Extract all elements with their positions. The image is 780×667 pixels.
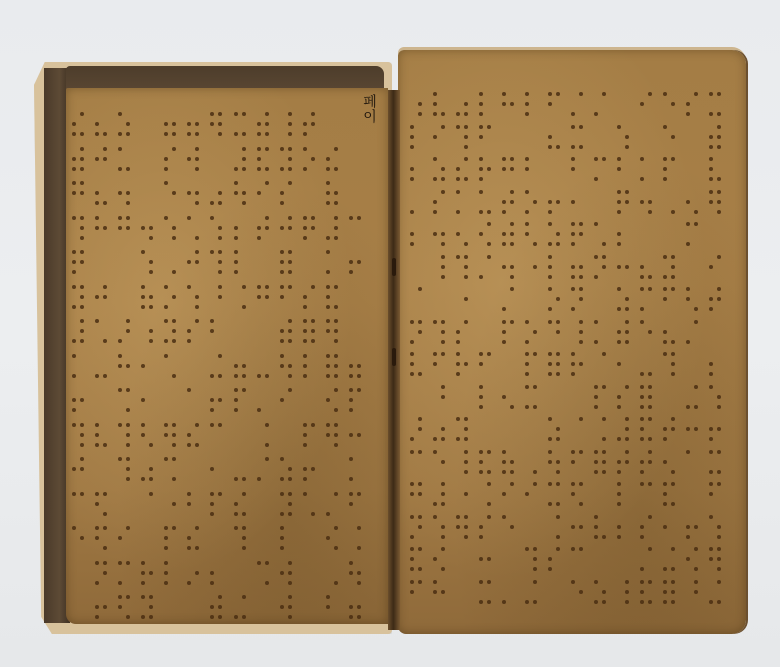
braille-dot — [141, 561, 145, 565]
braille-dot — [126, 433, 130, 437]
braille-dot — [487, 450, 491, 454]
braille-dot — [671, 275, 675, 279]
braille-dot — [80, 250, 84, 254]
braille-dot — [280, 250, 284, 254]
braille-dot — [349, 408, 353, 412]
braille-dot — [349, 364, 353, 368]
braille-dot — [717, 547, 721, 551]
braille-dot — [579, 265, 583, 269]
braille-dot — [280, 167, 284, 171]
braille-dot — [95, 561, 99, 565]
braille-dot — [72, 191, 76, 195]
braille-dot — [257, 374, 261, 378]
braille-dot — [717, 405, 721, 409]
braille-dot — [195, 423, 199, 427]
braille-dot — [533, 470, 537, 474]
braille-dot — [617, 307, 621, 311]
braille-dot — [579, 417, 583, 421]
braille-dot — [617, 125, 621, 129]
braille-dot — [640, 372, 644, 376]
braille-dot — [663, 502, 667, 506]
braille-dot — [95, 502, 99, 506]
braille-dot — [479, 580, 483, 584]
braille-dot — [487, 352, 491, 356]
braille-dot — [487, 255, 491, 259]
braille-dot — [648, 405, 652, 409]
braille-dot — [187, 157, 191, 161]
braille-dot — [418, 330, 422, 334]
braille-dot — [303, 167, 307, 171]
braille-dot — [548, 567, 552, 571]
braille-dot — [556, 515, 560, 519]
braille-dot — [525, 222, 529, 226]
braille-dot — [456, 255, 460, 259]
braille-dot — [410, 242, 414, 246]
braille-dot — [640, 427, 644, 431]
braille-dot — [80, 339, 84, 343]
braille-dot — [648, 395, 652, 399]
braille-dot — [418, 372, 422, 376]
braille-dot — [717, 567, 721, 571]
braille-dot — [418, 492, 422, 496]
braille-dot — [671, 502, 675, 506]
braille-dot — [640, 320, 644, 324]
braille-dot — [326, 512, 330, 516]
braille-dot — [349, 260, 353, 264]
braille-dot — [640, 102, 644, 106]
braille-dot — [288, 132, 292, 136]
braille-dot — [80, 433, 84, 437]
braille-dot — [234, 226, 238, 230]
braille-dot — [533, 547, 537, 551]
braille-dot — [280, 295, 284, 299]
braille-dot — [410, 177, 414, 181]
braille-dot — [640, 200, 644, 204]
braille-dot — [311, 226, 315, 230]
braille-dot — [556, 330, 560, 334]
braille-dot — [510, 232, 514, 236]
braille-dot — [357, 260, 361, 264]
braille-dot — [172, 433, 176, 437]
braille-dot — [510, 265, 514, 269]
braille-dot — [556, 297, 560, 301]
braille-dot — [525, 167, 529, 171]
braille-dot — [149, 226, 153, 230]
braille-dot — [548, 222, 552, 226]
braille-dot — [548, 362, 552, 366]
braille-dot — [103, 226, 107, 230]
braille-dot — [510, 242, 514, 246]
braille-dot — [242, 285, 246, 289]
braille-dot — [602, 535, 606, 539]
braille-dot — [625, 385, 629, 389]
braille-dot — [288, 270, 292, 274]
braille-dot — [280, 329, 284, 333]
braille-dot — [95, 157, 99, 161]
braille-dot — [311, 512, 315, 516]
braille-dot — [410, 125, 414, 129]
braille-dot — [709, 307, 713, 311]
braille-dot — [525, 320, 529, 324]
braille-dot — [464, 427, 468, 431]
braille-dot — [479, 167, 483, 171]
braille-dot — [280, 605, 284, 609]
braille-dot — [571, 547, 575, 551]
braille-dot — [617, 502, 621, 506]
braille-dot — [334, 191, 338, 195]
braille-dot — [464, 145, 468, 149]
braille-dot — [625, 450, 629, 454]
braille-dot — [625, 330, 629, 334]
braille-dot — [418, 567, 422, 571]
braille-dot — [579, 275, 583, 279]
braille-dot — [164, 433, 168, 437]
braille-dot — [257, 157, 261, 161]
braille-dot — [717, 135, 721, 139]
braille-dot — [640, 177, 644, 181]
braille-dot — [334, 354, 338, 358]
braille-dot — [594, 320, 598, 324]
braille-dot — [709, 112, 713, 116]
braille-dot — [625, 145, 629, 149]
braille-dot — [72, 157, 76, 161]
braille-dot — [686, 102, 690, 106]
braille-dot — [625, 460, 629, 464]
braille-dot — [334, 226, 338, 230]
braille-dot — [242, 167, 246, 171]
braille-dot — [617, 190, 621, 194]
braille-dot — [671, 427, 675, 431]
braille-dot — [326, 236, 330, 240]
braille-dot — [95, 492, 99, 496]
braille-dot — [80, 536, 84, 540]
braille-dot — [602, 590, 606, 594]
braille-dot — [456, 525, 460, 529]
braille-dot — [441, 255, 445, 259]
braille-dot — [303, 492, 307, 496]
braille-dot — [280, 571, 284, 575]
braille-dot — [625, 580, 629, 584]
braille-dot — [234, 477, 238, 481]
braille-dot — [95, 216, 99, 220]
braille-dot — [579, 297, 583, 301]
braille-dot — [303, 433, 307, 437]
braille-dot — [571, 307, 575, 311]
braille-dot — [311, 423, 315, 427]
braille-dot — [334, 285, 338, 289]
braille-dot — [326, 191, 330, 195]
braille-dot — [280, 147, 284, 151]
braille-dot — [441, 232, 445, 236]
braille-dot — [334, 147, 338, 151]
braille-dot — [234, 260, 238, 264]
braille-dot — [640, 385, 644, 389]
braille-dot — [280, 270, 284, 274]
braille-dot — [479, 450, 483, 454]
braille-dot — [671, 287, 675, 291]
braille-dot — [164, 561, 168, 565]
braille-dot — [709, 92, 713, 96]
braille-dot — [149, 305, 153, 309]
braille-dot — [103, 443, 107, 447]
braille-dot — [709, 482, 713, 486]
braille-dot — [648, 482, 652, 486]
braille-dot — [594, 385, 598, 389]
braille-dot — [533, 330, 537, 334]
braille-dot — [525, 547, 529, 551]
braille-dot — [141, 364, 145, 368]
braille-dot — [456, 330, 460, 334]
braille-dot — [479, 535, 483, 539]
braille-dot — [242, 191, 246, 195]
braille-dot — [502, 157, 506, 161]
braille-dot — [303, 147, 307, 151]
braille-dot — [456, 177, 460, 181]
braille-dot — [709, 265, 713, 269]
braille-dot — [410, 590, 414, 594]
braille-dot — [571, 580, 575, 584]
braille-dot — [257, 167, 261, 171]
braille-dot — [663, 590, 667, 594]
braille-dot — [663, 460, 667, 464]
braille-dot — [303, 423, 307, 427]
braille-dot — [717, 125, 721, 129]
braille-dot — [80, 443, 84, 447]
braille-dot — [671, 417, 675, 421]
braille-dot — [326, 157, 330, 161]
braille-dot — [571, 242, 575, 246]
braille-dot — [456, 232, 460, 236]
braille-dot — [433, 320, 437, 324]
braille-dot — [118, 581, 122, 585]
braille-dot — [456, 515, 460, 519]
braille-dot — [257, 285, 261, 289]
left-page — [66, 88, 388, 624]
braille-dot — [464, 470, 468, 474]
braille-dot — [357, 364, 361, 368]
braille-dot — [433, 450, 437, 454]
braille-dot — [280, 201, 284, 205]
braille-dot — [594, 470, 598, 474]
braille-dot — [288, 216, 292, 220]
braille-dot — [479, 232, 483, 236]
braille-dot — [648, 200, 652, 204]
braille-dot — [464, 417, 468, 421]
braille-dot — [464, 242, 468, 246]
braille-dot — [149, 571, 153, 575]
braille-dot — [617, 460, 621, 464]
braille-dot — [326, 329, 330, 333]
braille-dot — [242, 388, 246, 392]
braille-dot — [709, 177, 713, 181]
braille-dot — [118, 561, 122, 565]
braille-dot — [410, 547, 414, 551]
braille-dot — [164, 157, 168, 161]
braille-dot — [717, 112, 721, 116]
braille-dot — [141, 581, 145, 585]
braille-dot — [548, 417, 552, 421]
braille-dot — [441, 395, 445, 399]
braille-dot — [579, 330, 583, 334]
braille-dot — [288, 147, 292, 151]
braille-dot — [95, 295, 99, 299]
braille-dot — [686, 557, 690, 561]
braille-dot — [640, 482, 644, 486]
braille-dot — [487, 210, 491, 214]
braille-dot — [525, 600, 529, 604]
braille-dot — [126, 167, 130, 171]
braille-dot — [288, 329, 292, 333]
braille-dot — [709, 362, 713, 366]
braille-dot — [288, 561, 292, 565]
braille-dot — [349, 398, 353, 402]
braille-dot — [187, 492, 191, 496]
braille-dot — [479, 92, 483, 96]
braille-dot — [288, 502, 292, 506]
braille-dot — [686, 525, 690, 529]
braille-dot — [72, 354, 76, 358]
braille-dot — [502, 330, 506, 334]
braille-dot — [694, 590, 698, 594]
braille-dot — [594, 255, 598, 259]
braille-dot — [456, 112, 460, 116]
braille-dot — [257, 132, 261, 136]
braille-dot — [640, 470, 644, 474]
braille-dot — [80, 492, 84, 496]
braille-dot — [709, 515, 713, 519]
braille-dot — [579, 525, 583, 529]
braille-dot — [602, 437, 606, 441]
braille-dot — [433, 590, 437, 594]
braille-dot — [234, 364, 238, 368]
braille-dot — [694, 307, 698, 311]
braille-dot — [579, 287, 583, 291]
braille-dot — [349, 605, 353, 609]
braille-dot — [234, 270, 238, 274]
braille-dot — [479, 470, 483, 474]
braille-dot — [464, 297, 468, 301]
braille-dot — [548, 200, 552, 204]
braille-dot — [717, 450, 721, 454]
braille-dot — [579, 590, 583, 594]
braille-dot — [234, 236, 238, 240]
braille-dot — [717, 92, 721, 96]
braille-dot — [640, 590, 644, 594]
braille-dot — [694, 405, 698, 409]
braille-dot — [548, 372, 552, 376]
braille-dot — [594, 580, 598, 584]
braille-dot — [617, 525, 621, 529]
braille-dot — [571, 460, 575, 464]
braille-dot — [556, 145, 560, 149]
braille-dot — [103, 157, 107, 161]
braille-dot — [617, 482, 621, 486]
braille-dot — [234, 526, 238, 530]
braille-dot — [617, 232, 621, 236]
braille-dot — [72, 167, 76, 171]
braille-dot — [663, 437, 667, 441]
braille-dot — [694, 210, 698, 214]
braille-dot — [648, 385, 652, 389]
braille-dot — [187, 216, 191, 220]
braille-dot — [456, 340, 460, 344]
braille-dot — [288, 260, 292, 264]
braille-dot — [441, 492, 445, 496]
braille-dot — [548, 255, 552, 259]
braille-dot — [242, 147, 246, 151]
braille-dot — [709, 492, 713, 496]
braille-dot — [456, 210, 460, 214]
braille-dot — [617, 470, 621, 474]
braille-dot — [686, 450, 690, 454]
braille-dot — [533, 405, 537, 409]
braille-dot — [663, 92, 667, 96]
braille-dot — [242, 536, 246, 540]
braille-dot — [548, 460, 552, 464]
braille-dot — [349, 270, 353, 274]
braille-dot — [334, 305, 338, 309]
braille-dot — [72, 305, 76, 309]
braille-dot — [502, 515, 506, 519]
braille-dot — [571, 125, 575, 129]
braille-dot — [571, 450, 575, 454]
braille-dot — [594, 460, 598, 464]
braille-dot — [265, 561, 269, 565]
braille-dot — [288, 339, 292, 343]
braille-dot — [103, 147, 107, 151]
braille-dot — [594, 157, 598, 161]
braille-dot — [72, 250, 76, 254]
braille-dot — [441, 167, 445, 171]
braille-dot — [602, 417, 606, 421]
braille-dot — [487, 580, 491, 584]
book-photo: 페이 — [0, 0, 780, 667]
braille-dot — [164, 216, 168, 220]
braille-dot — [326, 319, 330, 323]
braille-dot — [533, 385, 537, 389]
braille-dot — [464, 177, 468, 181]
braille-dot — [80, 319, 84, 323]
braille-dot — [571, 352, 575, 356]
braille-dot — [326, 181, 330, 185]
braille-dot — [671, 135, 675, 139]
braille-dot — [579, 320, 583, 324]
braille-dot — [72, 339, 76, 343]
braille-dot — [126, 443, 130, 447]
braille-dot — [548, 92, 552, 96]
braille-dot — [686, 200, 690, 204]
braille-dot — [164, 167, 168, 171]
braille-dot — [72, 492, 76, 496]
braille-dot — [280, 546, 284, 550]
braille-dot — [571, 372, 575, 376]
braille-dot — [326, 354, 330, 358]
braille-dot — [594, 515, 598, 519]
braille-dot — [257, 147, 261, 151]
braille-dot — [617, 405, 621, 409]
braille-dot — [172, 295, 176, 299]
braille-dot — [648, 600, 652, 604]
braille-dot — [571, 287, 575, 291]
braille-dot — [502, 340, 506, 344]
braille-dot — [717, 525, 721, 529]
braille-dot — [533, 600, 537, 604]
braille-dot — [72, 132, 76, 136]
braille-dot — [694, 547, 698, 551]
braille-dot — [648, 372, 652, 376]
braille-dot — [441, 125, 445, 129]
braille-dot — [717, 190, 721, 194]
